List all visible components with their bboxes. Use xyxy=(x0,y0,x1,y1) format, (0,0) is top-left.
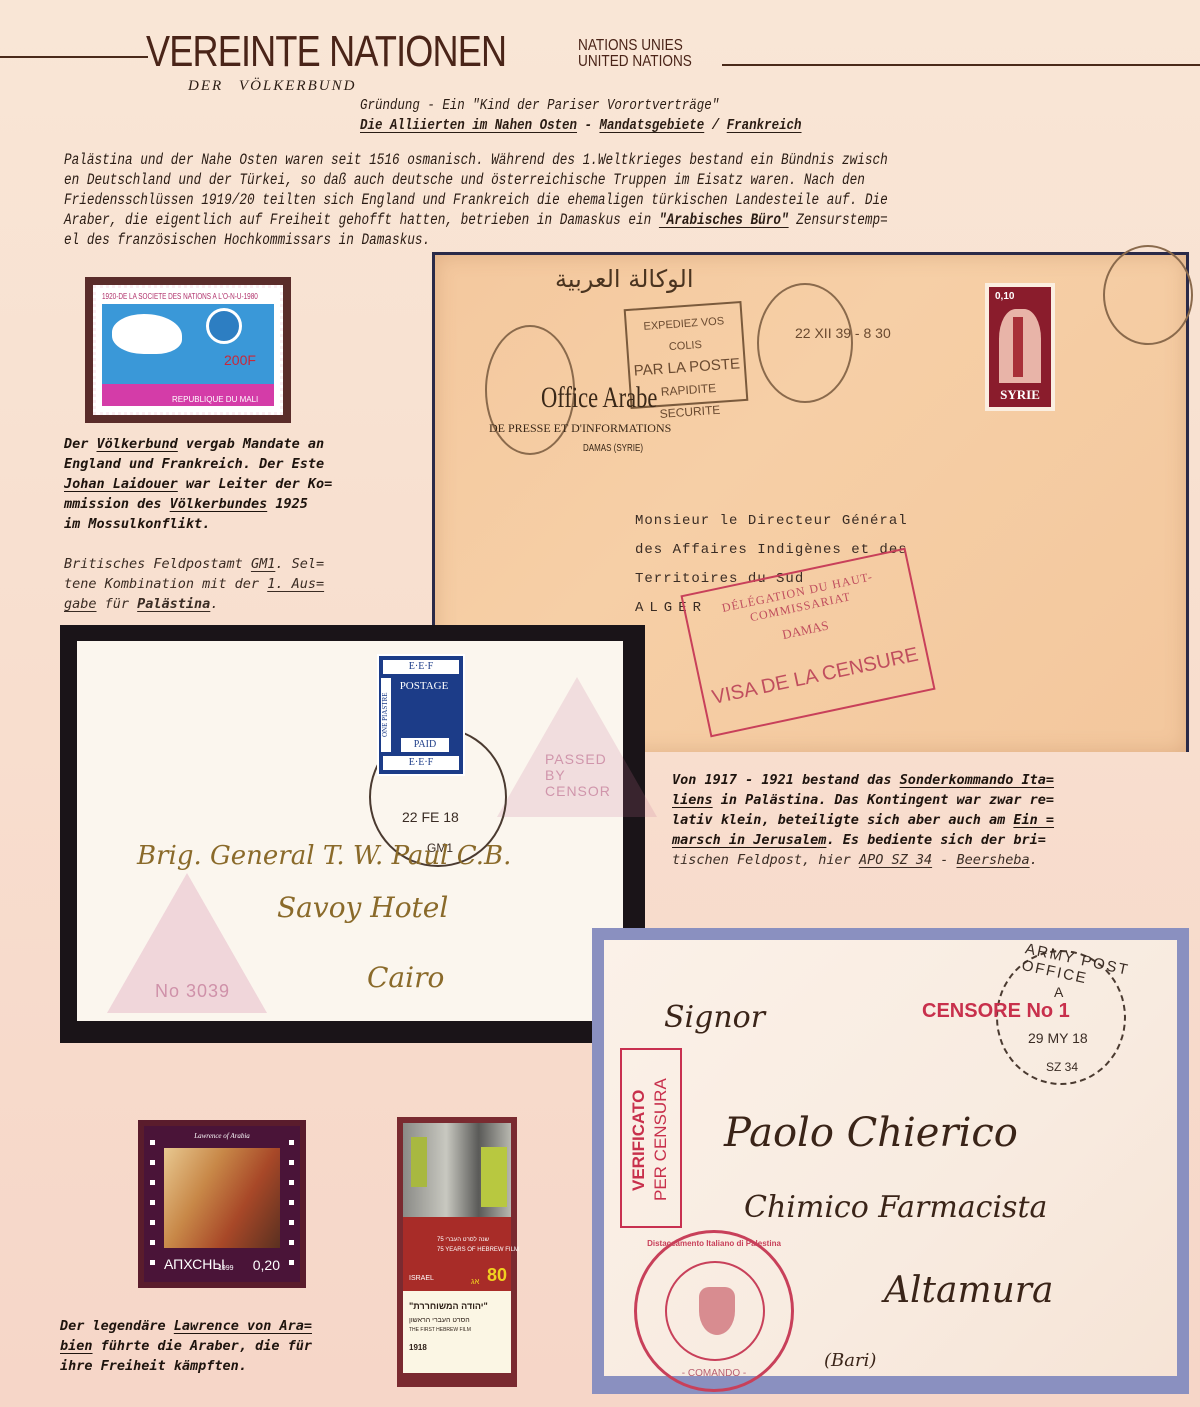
text: vergab Mandate an xyxy=(178,436,324,452)
apo-letter: A xyxy=(1054,984,1063,1000)
stamp-country: АПХСНЫ xyxy=(164,1256,225,1272)
verif-line: PER CENSURA xyxy=(650,1058,672,1222)
stamp-country: REPUBLIQUE DU MALI xyxy=(172,395,258,404)
text: Von 1917 - 1921 bestand das xyxy=(672,772,900,788)
text: England und Frankreich. Der Este xyxy=(64,454,332,474)
intro-text: Zensurstemp= xyxy=(789,211,888,229)
text: Der legendäre xyxy=(60,1318,174,1334)
postmark-date: 22 FE 18 xyxy=(402,809,459,825)
text: Der xyxy=(64,436,97,452)
intro-line: Araber, die eigentlich auf Freiheit geho… xyxy=(64,210,974,230)
issue-link[interactable]: gabe xyxy=(64,596,97,612)
stamp-postage: POSTAGE xyxy=(393,680,455,692)
intro-line: el des französischen Hochkommissars in D… xyxy=(64,230,974,250)
address-line: (Bari) xyxy=(824,1350,876,1371)
sonderkommando-link[interactable]: Sonderkommando Ita= xyxy=(900,772,1054,788)
allies-link[interactable]: Die Alliierten im Nahen Osten xyxy=(360,118,577,134)
text: tischen Feldpost, hier xyxy=(672,852,859,868)
stamp-top: E·E·F xyxy=(383,660,459,674)
cover-italian-detachment: ARMY POST OFFICE A CENSORE No 1 29 MY 18… xyxy=(592,928,1189,1394)
einmarsch-link[interactable]: Ein = xyxy=(1013,812,1054,828)
postmark-circle xyxy=(757,283,853,403)
address-line: Brig. General T. W. Paul C.B. xyxy=(137,841,511,871)
address-line: Chimico Farmacista xyxy=(744,1190,1047,1225)
caption-italien: Von 1917 - 1921 bestand das Sonderkomman… xyxy=(672,770,1054,870)
tower-icon xyxy=(1013,317,1023,377)
stamp-paid: PAID xyxy=(401,738,449,752)
lawrence-link[interactable]: Lawrence von Ara= xyxy=(174,1318,312,1334)
page-title: VEREINTE NATIONEN xyxy=(146,30,506,74)
subtitle-en: UNITED NATIONS xyxy=(578,54,692,70)
stamp-value: 0,10 xyxy=(995,291,1014,302)
address-line: Cairo xyxy=(367,961,444,994)
stamp-country: ISRAEL xyxy=(409,1275,434,1282)
sep: - xyxy=(577,118,599,134)
text: 1925 xyxy=(267,496,308,512)
tab-year: 1918 xyxy=(409,1343,427,1352)
stamp-value: 80 xyxy=(487,1265,507,1286)
stamp-value: 200F xyxy=(224,352,256,368)
postmark-circle-right xyxy=(1103,245,1193,345)
stamp-hebrew: 75 שנה לסרט העברי xyxy=(437,1237,489,1243)
address-line: Altamura xyxy=(884,1270,1053,1311)
arab-bureau-link[interactable]: "Arabisches Büro" xyxy=(659,211,789,229)
text: tene Kombination mit der xyxy=(64,576,267,592)
text: Britisches Feldpostamt xyxy=(64,556,251,572)
text: für xyxy=(97,596,138,612)
damas-line: DAMAS (SYRIE) xyxy=(583,443,643,454)
text: in Palästina. Das Kontingent war zwar re… xyxy=(713,792,1054,808)
header-rule-left xyxy=(0,56,148,58)
stamp-top-text: 1920-DE LA SOCIETE DES NATIONS A L'O-N-U… xyxy=(102,292,240,301)
office-arabe-title: Office Arabe xyxy=(541,381,657,415)
text: im Mossulkonflikt. xyxy=(64,514,332,534)
censor-text: PASSED BY CENSOR xyxy=(545,751,623,799)
crest-icon xyxy=(699,1287,735,1335)
voelkerbundes-link[interactable]: Völkerbundes xyxy=(170,496,268,512)
film-still xyxy=(164,1148,280,1248)
intro-paragraph: Palästina und der Nahe Osten waren seit … xyxy=(64,150,1174,250)
gm1-link[interactable]: GM1 xyxy=(251,556,275,572)
de-presse-line: DE PRESSE ET D'INFORMATIONS xyxy=(489,421,671,436)
intro-line: Palästina und der Nahe Osten waren seit … xyxy=(64,150,974,170)
stamp-tab: "יהודה המשוחררת" הסרט העברי הראשון THE F… xyxy=(403,1291,511,1373)
address-line: Monsieur le Directeur Général xyxy=(635,507,908,536)
arabic-header: الوكالة العربية xyxy=(555,265,694,293)
mandates-link[interactable]: Mandatsgebiete xyxy=(599,118,704,134)
italiens-link[interactable]: liens xyxy=(672,792,713,808)
section-title: DER VÖLKERBUND xyxy=(188,78,356,95)
voelkerbund-link[interactable]: Völkerbund xyxy=(97,436,178,452)
intro-line: Friedensschlüssen 1919/20 teilten sich E… xyxy=(64,190,974,210)
text: mmission des xyxy=(64,496,170,512)
censore-stamp: CENSORE No 1 xyxy=(922,1000,1070,1023)
stamp-side: ONE PIASTRE xyxy=(381,678,391,752)
laidouer-link[interactable]: Johan Laidouer xyxy=(64,476,178,492)
apo-link[interactable]: APO SZ 34 xyxy=(859,852,932,868)
subtitle-fr: NATIONS UNIES xyxy=(578,38,692,54)
text: . Sel= xyxy=(275,556,324,572)
intro-line: en Deutschland und der Türkei, so daß au… xyxy=(64,170,974,190)
text: war Leiter der Ko= xyxy=(178,476,332,492)
text: lativ klein, beteiligte sich aber auch a… xyxy=(672,812,1013,828)
mali-stamp: 1920-DE LA SOCIETE DES NATIONS A L'O-N-U… xyxy=(85,277,291,423)
caption-feldpost: Britisches Feldpostamt GM1. Sel= tene Ko… xyxy=(64,554,324,614)
palestine-link[interactable]: Palästina xyxy=(137,596,210,612)
apo-date: 29 MY 18 xyxy=(1028,1030,1088,1046)
header-rule-right xyxy=(722,64,1200,66)
france-link[interactable]: Frankreich xyxy=(727,118,802,134)
cover-mourning-eef: PASSED BY CENSOR No 3039 E·E·F ONE PIAST… xyxy=(60,625,645,1043)
address-line: Paolo Chierico xyxy=(724,1110,1018,1156)
stamp-value: 0,20 xyxy=(253,1257,280,1273)
tab-subtitle: הסרט העברי הראשון xyxy=(409,1317,470,1324)
seal-bottom: - COMANDO - xyxy=(637,1368,791,1379)
arabien-link[interactable]: bien xyxy=(60,1338,93,1354)
apo-code: SZ 34 xyxy=(1046,1060,1078,1074)
stamp-currency: אג xyxy=(471,1277,479,1286)
lawrence-stamp: Lawrence of Arabia АПХСНЫ 1999 0,20 xyxy=(138,1120,306,1288)
seal-text: Distaccamento Italiano di Palestina xyxy=(637,1239,791,1248)
caption-voelkerbund: Der Völkerbund vergab Mandate an England… xyxy=(64,434,332,534)
allies-line: Die Alliierten im Nahen Osten - Mandatsg… xyxy=(360,118,802,134)
israel-stamp: 75 שנה לסרט העברי 75 YEARS OF HEBREW FIL… xyxy=(397,1117,517,1387)
eef-stamp: E·E·F ONE PIASTRE POSTAGE PAID E·E·F xyxy=(377,654,465,776)
caption-lawrence: Der legendäre Lawrence von Ara= bien füh… xyxy=(60,1316,312,1376)
stamp-title: Lawrence of Arabia xyxy=(144,1132,300,1140)
intro-text: Araber, die eigentlich auf Freiheit geho… xyxy=(64,211,659,229)
tab-title: "יהודה המשוחררת" xyxy=(409,1301,488,1311)
address-line: Signor xyxy=(664,1000,765,1035)
stamp-year: 1999 xyxy=(218,1265,234,1272)
first-issue-link[interactable]: 1. Aus= xyxy=(267,576,324,592)
verif-line: VERIFICATO xyxy=(628,1058,650,1222)
un-emblem-icon xyxy=(206,308,242,344)
slash: / xyxy=(704,118,726,134)
stamp-bottom: E·E·F xyxy=(383,756,459,770)
verificato-box: VERIFICATO PER CENSURA xyxy=(620,1048,682,1228)
stamp-english: 75 YEARS OF HEBREW FILM xyxy=(437,1247,519,1253)
tab-english: THE FIRST HEBREW FILM xyxy=(409,1327,471,1333)
dove-icon xyxy=(112,314,182,354)
text: . xyxy=(1030,852,1038,868)
text: - xyxy=(932,852,956,868)
text: führte die Araber, die für xyxy=(93,1338,312,1354)
italian-seal: Distaccamento Italiano di Palestina - CO… xyxy=(634,1230,794,1392)
censor-number: No 3039 xyxy=(155,981,230,1002)
postmark-date: 22 XII 39 - 8 30 xyxy=(795,325,891,341)
jerusalem-link[interactable]: marsch in Jerusalem xyxy=(672,832,826,848)
founding-line: Gründung - Ein "Kind der Pariser Vorortv… xyxy=(360,98,719,114)
page-subtitle: NATIONS UNIES UNITED NATIONS xyxy=(578,38,692,70)
text: . xyxy=(210,596,218,612)
syrie-stamp: 0,10 SYRIE xyxy=(985,283,1055,411)
address-line: Savoy Hotel xyxy=(277,891,448,924)
text: ihre Freiheit kämpften. xyxy=(60,1356,312,1376)
beersheba-link[interactable]: Beersheba xyxy=(956,852,1029,868)
stamp-country: SYRIE xyxy=(989,387,1051,403)
text: . Es bediente sich der bri= xyxy=(826,832,1045,848)
